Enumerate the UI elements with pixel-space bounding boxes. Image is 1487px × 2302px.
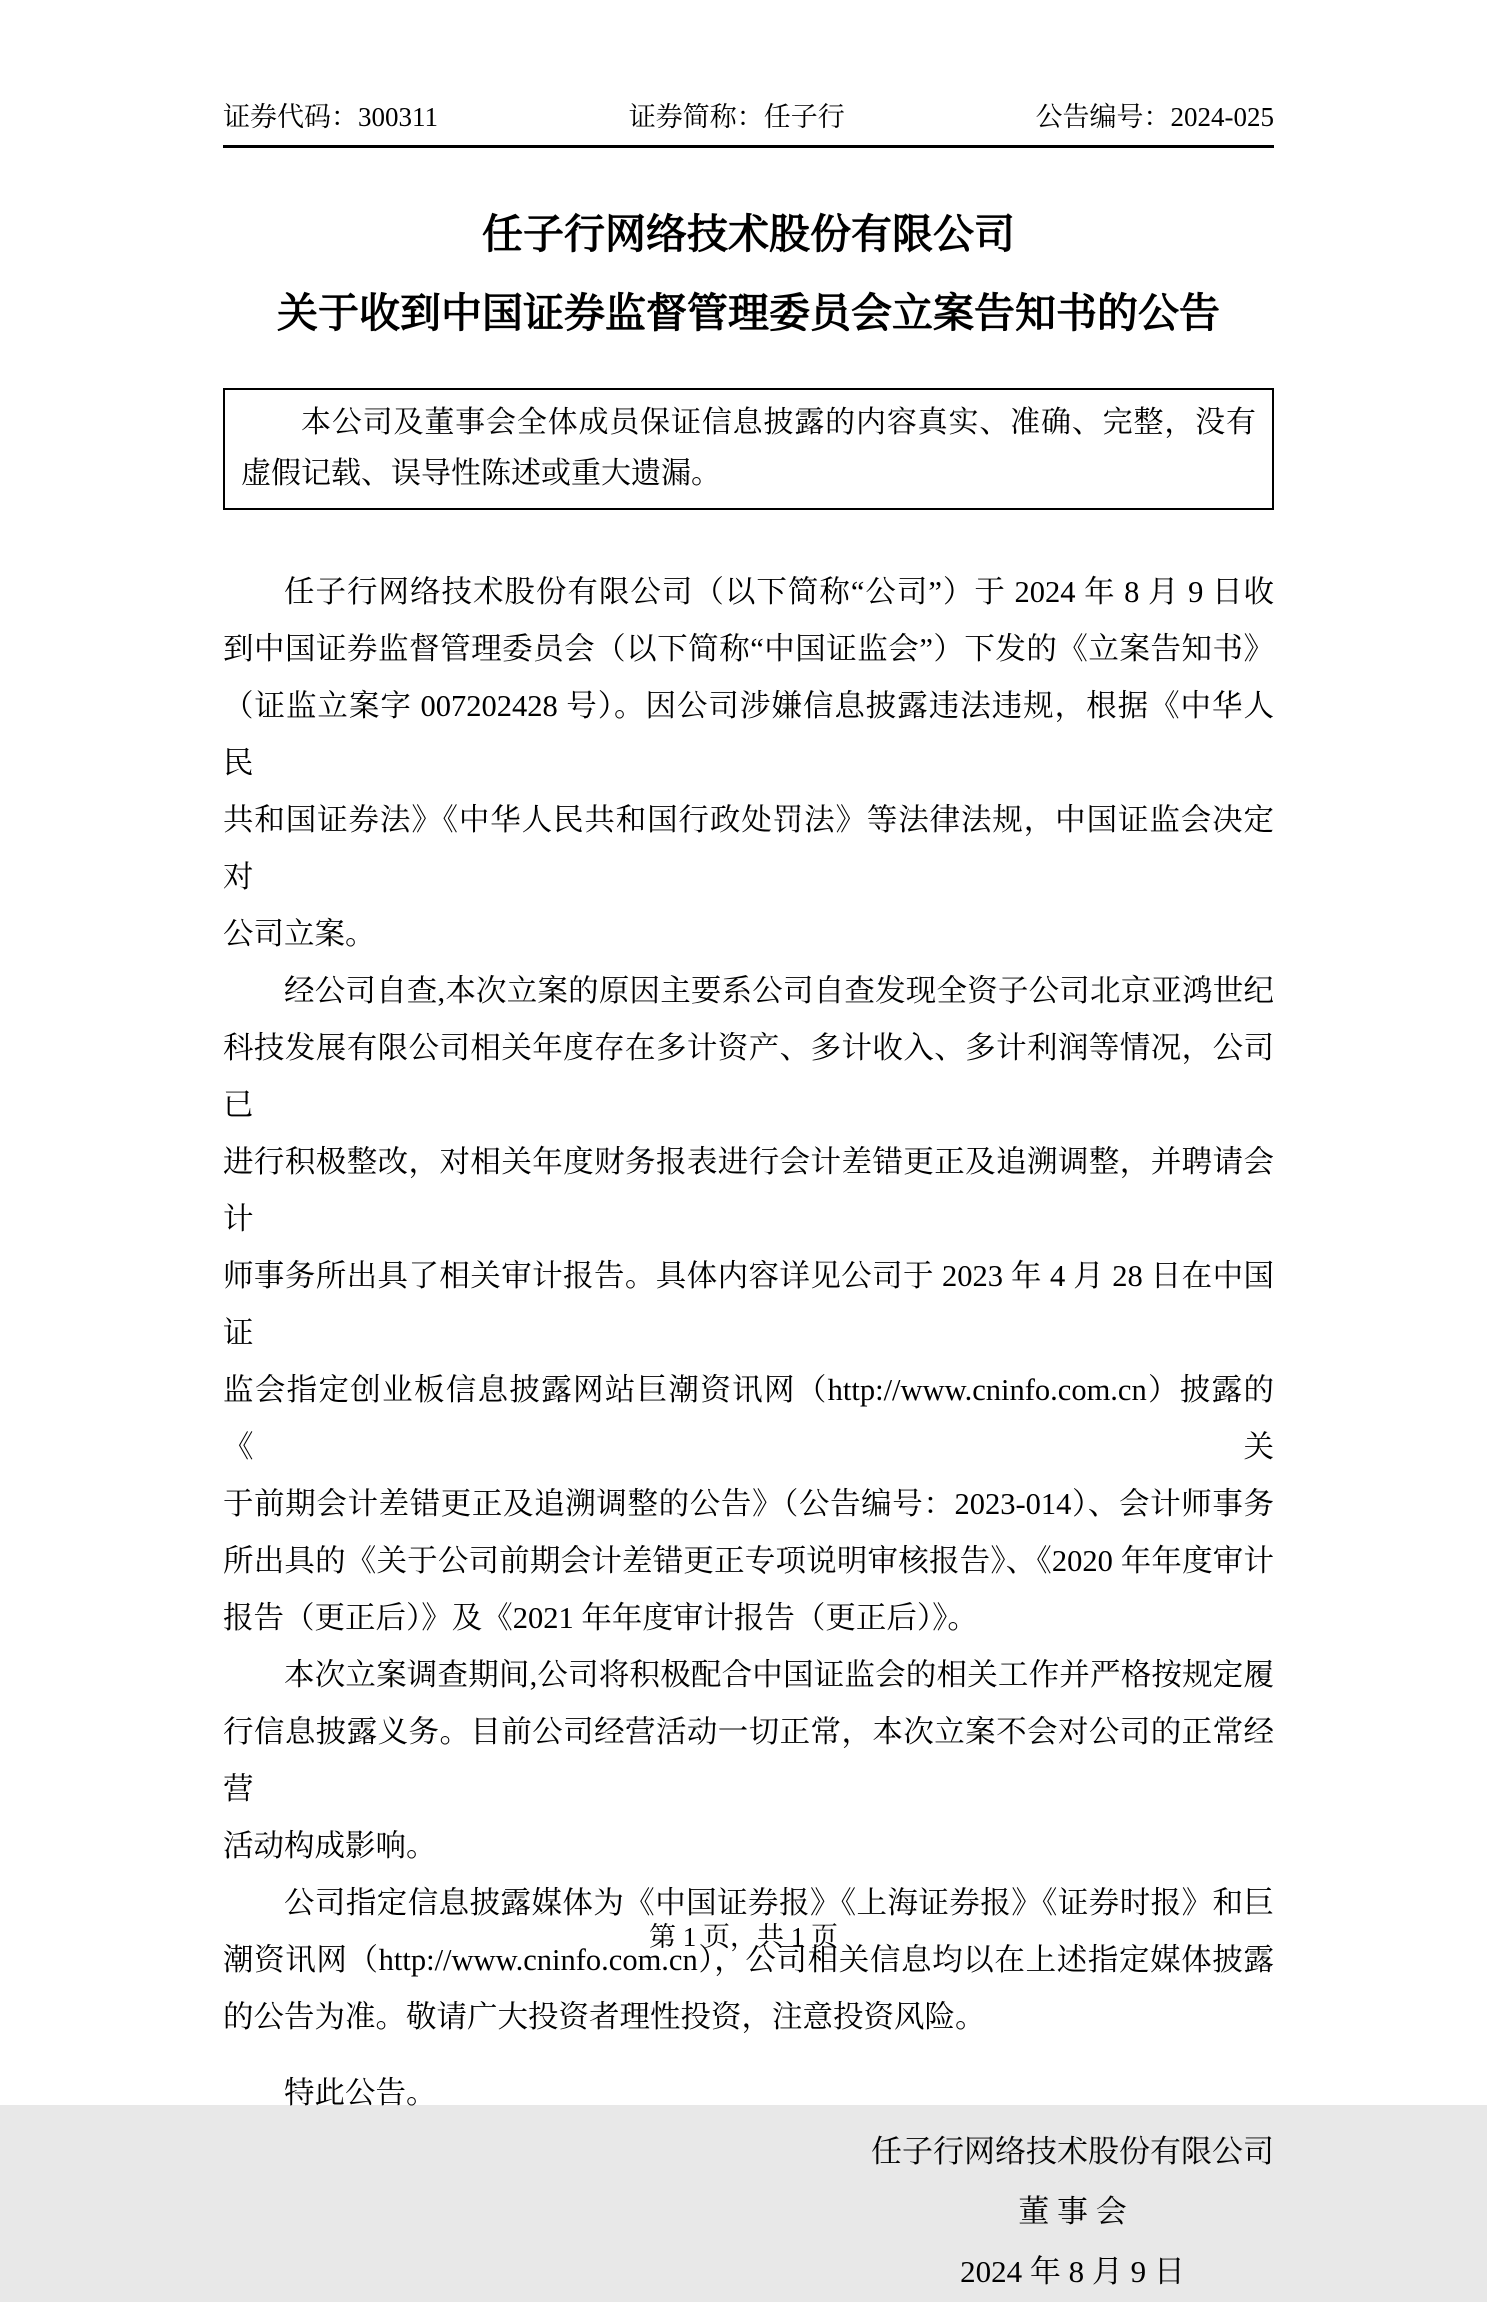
signature-date: 2024 年 8 月 9 日	[960, 2242, 1185, 2302]
page-number-footer: 第 1 页，共 1 页	[0, 1917, 1487, 1957]
body-line: 报告（更正后）》及《2021 年年度审计报告（更正后）》。	[223, 1590, 1274, 1647]
signature-company: 任子行网络技术股份有限公司	[871, 2122, 1274, 2182]
document-title-company: 任子行网络技术股份有限公司	[223, 210, 1274, 259]
body-line: 活动构成影响。	[223, 1818, 1274, 1875]
closing-line: 特此公告。	[223, 2065, 1274, 2122]
body-line: 任子行网络技术股份有限公司（以下简称“公司”）于 2024 年 8 月 9 日收	[223, 564, 1274, 621]
body-line: 所出具的《关于公司前期会计差错更正专项说明审核报告》、《2020 年年度审计	[223, 1533, 1274, 1590]
body-line: 行信息披露义务。目前公司经营活动一切正常，本次立案不会对公司的正常经营	[223, 1704, 1274, 1818]
announcement-document: 证券代码：300311 证券简称：任子行 公告编号：2024-025 任子行网络…	[0, 0, 1487, 2105]
paragraph-2: 经公司自查,本次立案的原因主要系公司自查发现全资子公司北京亚鸿世纪 科技发展有限…	[223, 963, 1274, 1647]
signature-block: 任子行网络技术股份有限公司 董 事 会 2024 年 8 月 9 日	[223, 2122, 1274, 2302]
body-line: 科技发展有限公司相关年度存在多计资产、多计收入、多计利润等情况，公司已	[223, 1020, 1274, 1134]
paragraph-4: 公司指定信息披露媒体为《中国证券报》《上海证券报》《证券时报》和巨 潮资讯网（h…	[223, 1875, 1274, 2046]
body-line: 的公告为准。敬请广大投资者理性投资，注意投资风险。	[223, 1989, 1274, 2046]
body-line: 公司立案。	[223, 906, 1274, 963]
body-line: 共和国证券法》《中华人民共和国行政处罚法》等法律法规，中国证监会决定对	[223, 792, 1274, 906]
announcement-number: 公告编号：2024-025	[1036, 100, 1275, 135]
statement-line: 本公司及董事会全体成员保证信息披露的内容真实、准确、完整，没有	[241, 397, 1256, 448]
body-line: 经公司自查,本次立案的原因主要系公司自查发现全资子公司北京亚鸿世纪	[223, 963, 1274, 1020]
stock-name: 证券简称：任子行	[629, 100, 845, 135]
body-line: 到中国证券监督管理委员会（以下简称“中国证监会”）下发的《立案告知书》	[223, 621, 1274, 678]
body-line: 于前期会计差错更正及追溯调整的公告》（公告编号：2023-014）、会计师事务	[223, 1476, 1274, 1533]
paragraph-3: 本次立案调查期间,公司将积极配合中国证监会的相关工作并严格按规定履 行信息披露义…	[223, 1647, 1274, 1875]
signature-inner: 任子行网络技术股份有限公司 董 事 会 2024 年 8 月 9 日	[871, 2122, 1274, 2302]
disclosure-statement-box: 本公司及董事会全体成员保证信息披露的内容真实、准确、完整，没有 虚假记载、误导性…	[223, 388, 1274, 510]
stock-code: 证券代码：300311	[223, 100, 438, 135]
document-header: 证券代码：300311 证券简称：任子行 公告编号：2024-025	[223, 100, 1274, 135]
body-line: 进行积极整改，对相关年度财务报表进行会计差错更正及追溯调整，并聘请会计	[223, 1134, 1274, 1248]
document-title-subject: 关于收到中国证券监督管理委员会立案告知书的公告	[223, 289, 1274, 338]
document-body: 任子行网络技术股份有限公司（以下简称“公司”）于 2024 年 8 月 9 日收…	[223, 564, 1274, 2302]
signature-board: 董 事 会	[1018, 2182, 1127, 2242]
statement-line: 虚假记载、误导性陈述或重大遗漏。	[241, 448, 1256, 499]
body-line: 本次立案调查期间,公司将积极配合中国证监会的相关工作并严格按规定履	[223, 1647, 1274, 1704]
header-divider	[223, 145, 1274, 148]
paragraph-1: 任子行网络技术股份有限公司（以下简称“公司”）于 2024 年 8 月 9 日收…	[223, 564, 1274, 963]
body-line: 师事务所出具了相关审计报告。具体内容详见公司于 2023 年 4 月 28 日在…	[223, 1248, 1274, 1362]
body-line: （证监立案字 007202428 号）。因公司涉嫌信息披露违法违规，根据《中华人…	[223, 678, 1274, 792]
body-line: 监会指定创业板信息披露网站巨潮资讯网（http://www.cninfo.com…	[223, 1362, 1274, 1476]
